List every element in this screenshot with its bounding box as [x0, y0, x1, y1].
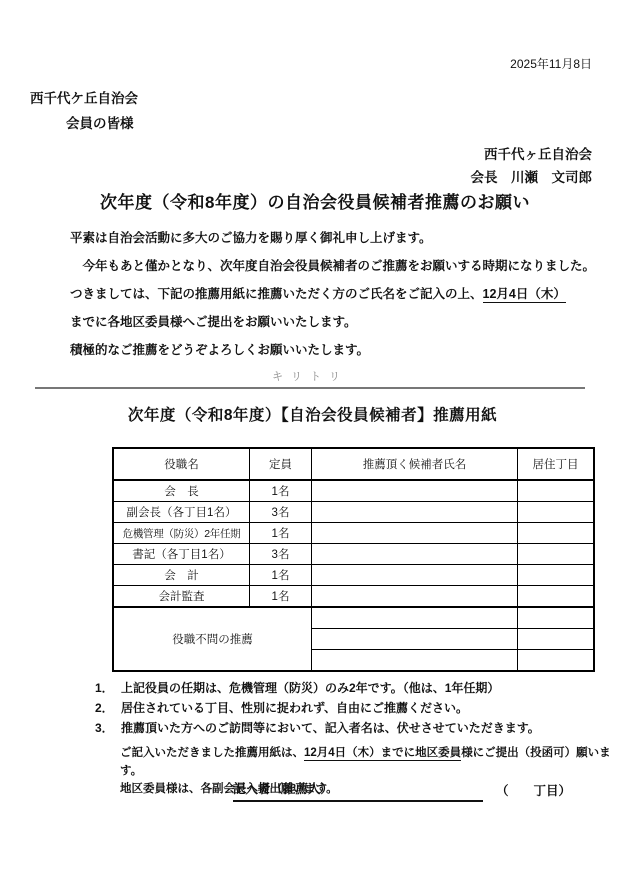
candidate-name-blank: [312, 629, 518, 650]
district-blank: [518, 544, 595, 565]
candidate-name-blank: [312, 650, 518, 672]
candidate-name-blank: [312, 544, 518, 565]
capacity-cell: 3名: [250, 502, 312, 523]
capacity-cell: 1名: [250, 586, 312, 608]
sender-block: 西千代ヶ丘自治会 会長 川瀬 文司郎: [471, 143, 593, 189]
letter-title: 次年度（令和8年度）の自治会役員候補者推薦のお願い: [10, 188, 620, 213]
district-blank: [518, 480, 595, 502]
open-recommendation-row: 役職不問の推薦: [113, 607, 594, 629]
district-blank: [518, 523, 595, 544]
writer-signature-line: 記入者（推薦人）: [233, 779, 483, 802]
body-line-2: 今年もあと僅かとなり、次年度自治会役員候補者のご推薦をお願いする時期になりました…: [70, 252, 612, 280]
cut-here-label: キリトリ: [0, 368, 620, 384]
district-blank: [518, 650, 595, 672]
table-row: 会 計 1名: [113, 565, 594, 586]
role-cell: 副会長（各丁目1名）: [113, 502, 250, 523]
role-cell: 会計監査: [113, 586, 250, 608]
recipient-block: 西千代ケ丘自治会 会員の皆様: [30, 86, 138, 136]
candidate-name-blank: [312, 480, 518, 502]
candidate-name-blank: [312, 565, 518, 586]
note-item-2: 2．居住されている丁目、性別に捉われず、自由にご推薦ください。: [95, 698, 612, 718]
role-cell: 会 計: [113, 565, 250, 586]
capacity-cell: 3名: [250, 544, 312, 565]
table-row: 書記（各丁目1名） 3名: [113, 544, 594, 565]
body-line-5: 積極的なご推薦をどうぞよろしくお願いいたします。: [70, 336, 612, 364]
header-capacity: 定員: [250, 448, 312, 480]
body-line-4: までに各地区委員様へご提出をお願いいたします。: [70, 308, 612, 336]
capacity-cell: 1名: [250, 523, 312, 544]
header-candidate-name: 推薦頂く候補者氏名: [312, 448, 518, 480]
header-district: 居住丁目: [518, 448, 595, 480]
body-line-1: 平素は自治会活動に多大のご協力を賜り厚く御礼申し上げます。: [70, 224, 612, 252]
form-title: 次年度（令和8年度）【自治会役員候補者】推薦用紙: [5, 403, 620, 425]
note-number: 2．: [95, 698, 121, 718]
candidate-name-blank: [312, 586, 518, 608]
recipient-members: 会員の皆様: [66, 111, 138, 136]
document-date: 2025年11月8日: [510, 55, 592, 72]
note-text: 推薦頂いた方へのご訪問等において、記入者名は、伏せさせていただきます。: [121, 721, 540, 735]
recipient-org: 西千代ケ丘自治会: [30, 86, 138, 111]
table-row: 危機管理（防災）2年任期 1名: [113, 523, 594, 544]
letter-body: 平素は自治会活動に多大のご協力を賜り厚く御礼申し上げます。 今年もあと僅かとなり…: [70, 224, 612, 364]
body-line-3-text: つきましては、下記の推薦用紙に推薦いただく方のご氏名をご記入の上、: [70, 287, 483, 301]
capacity-cell: 1名: [250, 565, 312, 586]
notes-list: 1．上記役員の任期は、危機管理（防災）のみ2年です。（他は、1年任期） 2．居住…: [95, 678, 612, 738]
district-blank: [518, 607, 595, 629]
role-cell: 会 長: [113, 480, 250, 502]
deadline-underlined: 12月4日（木）: [483, 287, 566, 303]
role-cell: 書記（各丁目1名）: [113, 544, 250, 565]
submit-line-1: ご記入いただきました推薦用紙は、12月4日（木）までに地区委員様にご提出（投函可…: [120, 744, 612, 780]
note-number: 3．: [95, 718, 121, 738]
submit-deadline-underlined: 12月4日（木）までに地区委員: [304, 747, 461, 761]
district-field: （ 丁目）: [496, 781, 571, 802]
note-text: 居住されている丁目、性別に捉われず、自由にご推薦ください。: [121, 701, 468, 715]
candidate-name-blank: [312, 607, 518, 629]
sender-org: 西千代ヶ丘自治会: [471, 143, 593, 166]
document-page: 2025年11月8日 西千代ケ丘自治会 会員の皆様 西千代ヶ丘自治会 会長 川瀬…: [0, 0, 620, 877]
sender-chairman: 会長 川瀬 文司郎: [471, 166, 593, 189]
table-header-row: 役職名 定員 推薦頂く候補者氏名 居住丁目: [113, 448, 594, 480]
note-item-1: 1．上記役員の任期は、危機管理（防災）のみ2年です。（他は、1年任期）: [95, 678, 612, 698]
table-row: 副会長（各丁目1名） 3名: [113, 502, 594, 523]
body-line-3: つきましては、下記の推薦用紙に推薦いただく方のご氏名をご記入の上、12月4日（木…: [70, 280, 612, 308]
signature-row: 記入者（推薦人） （ 丁目）: [233, 779, 571, 802]
district-blank: [518, 586, 595, 608]
note-text: 上記役員の任期は、危機管理（防災）のみ2年です。（他は、1年任期）: [121, 681, 499, 695]
submit-line-1-pre: ご記入いただきました推薦用紙は、: [120, 747, 304, 759]
district-blank: [518, 565, 595, 586]
table-row: 会計監査 1名: [113, 586, 594, 608]
district-blank: [518, 502, 595, 523]
note-number: 1．: [95, 678, 121, 698]
candidate-name-blank: [312, 502, 518, 523]
header-role: 役職名: [113, 448, 250, 480]
note-item-3: 3．推薦頂いた方へのご訪問等において、記入者名は、伏せさせていただきます。: [95, 718, 612, 738]
cut-line: [35, 387, 585, 389]
table-row: 会 長 1名: [113, 480, 594, 502]
capacity-cell: 1名: [250, 480, 312, 502]
district-blank: [518, 629, 595, 650]
candidate-name-blank: [312, 523, 518, 544]
role-cell: 危機管理（防災）2年任期: [113, 523, 250, 544]
open-recommendation-label: 役職不問の推薦: [113, 607, 312, 671]
recommendation-table: 役職名 定員 推薦頂く候補者氏名 居住丁目 会 長 1名 副会長（各丁目1名） …: [112, 447, 595, 672]
